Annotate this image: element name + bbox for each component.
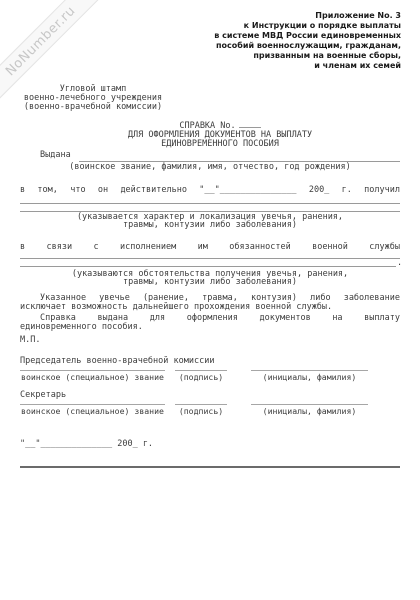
appendix-note-line: пособий военнослужащим, гражданам, — [214, 41, 401, 51]
corner-stamp-line: (военно-врачебной комиссии) — [14, 103, 172, 112]
appendix-note-line: призванным на военные сборы, — [214, 51, 401, 61]
date-line: "__"______________ 200_ г. — [20, 440, 400, 449]
document-page: NoNumber.ru Приложение No. 3 к Инструкци… — [0, 0, 420, 600]
fact-line: в том, что он действительно "__"________… — [20, 186, 400, 195]
chairman-signature-row: воинское (специальное) звание (подпись) … — [20, 370, 400, 382]
rank-label: воинское (специальное) звание — [20, 404, 165, 416]
conclusion-paragraph-line: исключает возможность дальнейшего прохож… — [20, 303, 400, 312]
secretary-title: Секретарь — [20, 391, 400, 400]
corner-stamp-note: Угловой штамп военно-лечебного учреждени… — [14, 85, 172, 112]
conclusion-paragraph-line: единовременного пособия. — [20, 323, 400, 332]
rank-label: воинское (специальное) звание — [20, 370, 165, 382]
circumstances-hint: травмы, контузии либо заболевания) — [20, 278, 400, 287]
secretary-signature-row: воинское (специальное) звание (подпись) … — [20, 404, 400, 416]
chairman-title: Председатель военно-врачебной комиссии — [20, 357, 400, 366]
circumstances-blank-line — [20, 266, 396, 267]
appendix-note-line: и членам их семей — [214, 61, 401, 71]
injury-blank-line — [20, 203, 400, 204]
document-title: СПРАВКА No. ДЛЯ ОФОРМЛЕНИЯ ДОКУМЕНТОВ НА… — [40, 120, 400, 149]
injury-hint: травмы, контузии либо заболевания) — [20, 221, 400, 230]
certificate-number-blank — [239, 120, 261, 128]
issued-blank — [79, 151, 400, 162]
name-label: (инициалы, фамилия) — [251, 370, 368, 382]
appendix-note: Приложение No. 3 к Инструкции о порядке … — [214, 11, 401, 71]
issued-hint: (воинское звание, фамилия, имя, отчество… — [20, 163, 400, 172]
watermark: NoNumber.ru — [3, 3, 79, 79]
issued-line: Выдана — [20, 151, 400, 162]
seal-mark: М.П. — [20, 336, 400, 345]
appendix-note-line: Приложение No. 3 — [214, 11, 401, 21]
page-divider — [20, 466, 400, 468]
circumstances-blank-line — [20, 258, 400, 259]
signature-label: (подпись) — [175, 404, 227, 416]
issued-label: Выдана — [20, 151, 71, 162]
duty-line: в связи с исполнением им обязанностей во… — [20, 243, 400, 252]
signature-label: (подпись) — [175, 370, 227, 382]
document-title-line: ЕДИНОВРЕМЕННОГО ПОСОБИЯ — [40, 140, 400, 149]
appendix-note-line: к Инструкции о порядке выплаты — [214, 21, 401, 31]
sentence-period: . — [397, 259, 402, 268]
name-label: (инициалы, фамилия) — [251, 404, 368, 416]
appendix-note-line: в системе МВД России единовременных — [214, 31, 401, 41]
